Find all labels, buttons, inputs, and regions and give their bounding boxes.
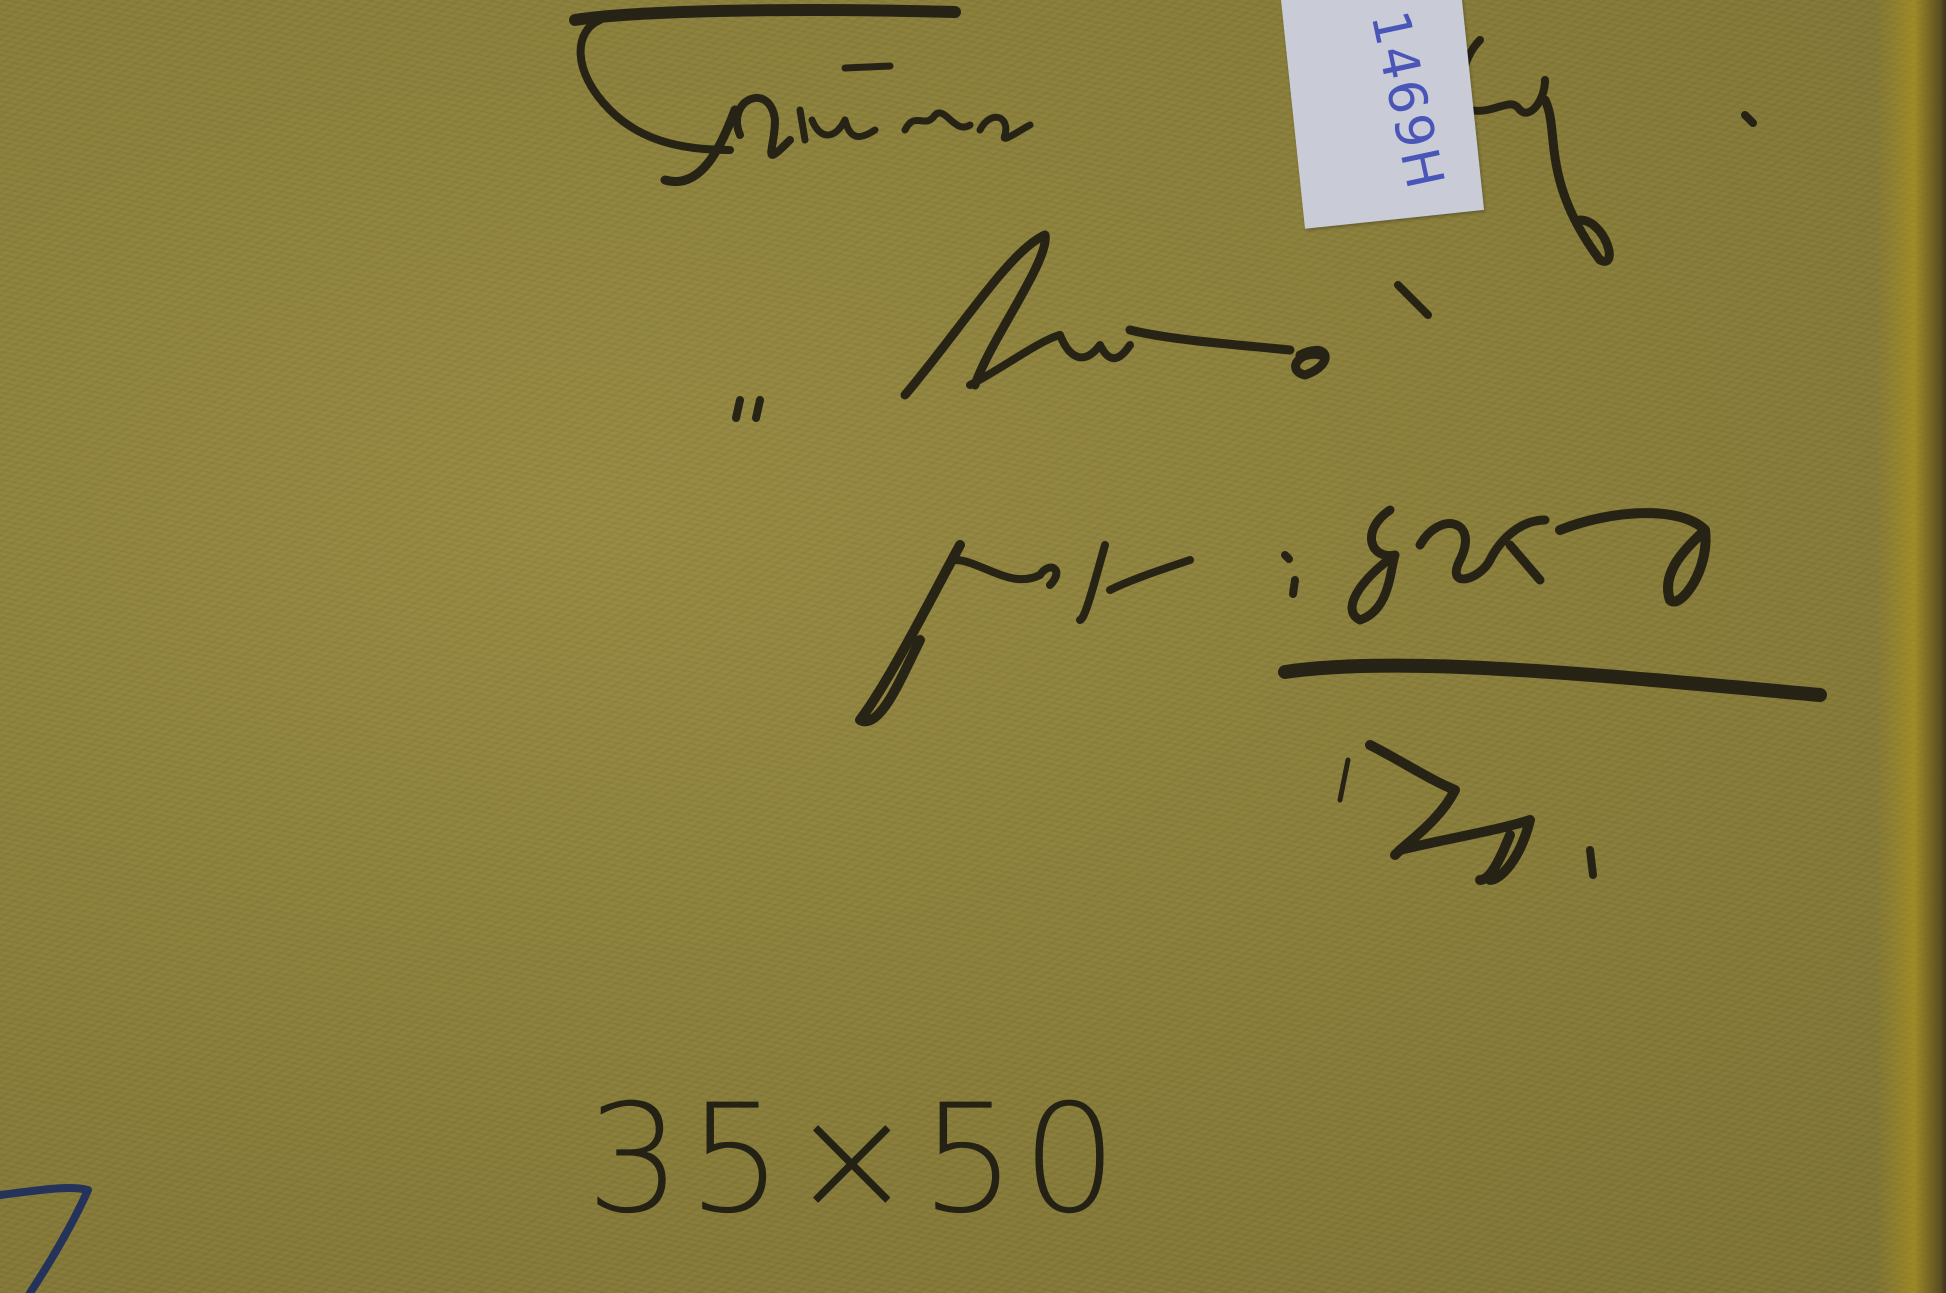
- board-back-photo: 35×50 1469H Гайтмайлук „Літо" роз.: 80×6…: [0, 0, 1946, 1293]
- inventory-sticker: 1469H: [1280, 0, 1484, 229]
- inventory-number: 1469H: [1359, 6, 1455, 196]
- bottom-dimensions-inscription: 35×50: [586, 1085, 1123, 1235]
